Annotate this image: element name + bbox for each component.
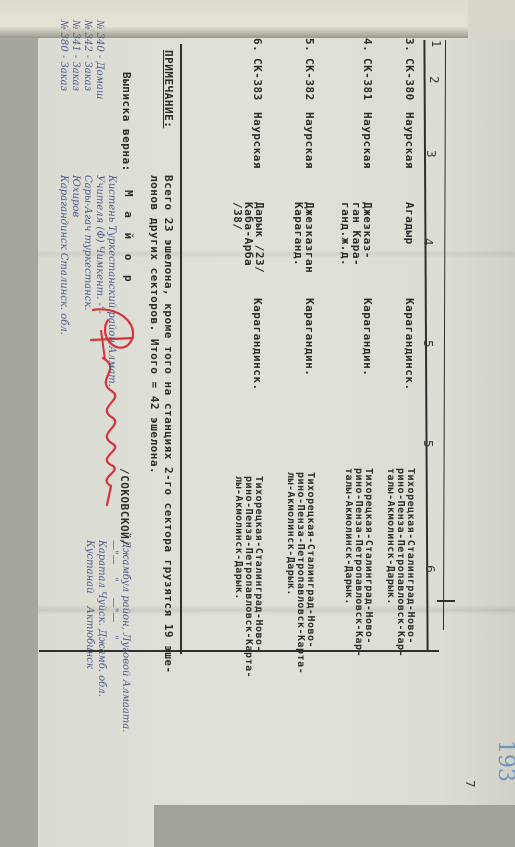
row-number: 6. [252, 38, 263, 52]
row-number: 4. [362, 38, 373, 52]
row-route: Тихорецкая-Сталинград-Ново- рино-Пенза-П… [233, 476, 263, 678]
row-number: 3. [404, 38, 415, 52]
row-number: 5. [304, 38, 315, 52]
note-text-line1: Всего 23 эшелона, кроме того на станциях… [162, 175, 175, 674]
table-header-rule [443, 40, 446, 630]
row-route: Тихорецкая-Сталинград-Ново- рино-Пенза-П… [343, 468, 373, 657]
row-railway: Карагандинск. [404, 298, 415, 391]
handwritten-notes-under-rank: Кистень Туркестанский район Алмат. Учите… [57, 175, 117, 387]
row-code: СК-381 [362, 58, 373, 101]
column-number-5b: 5 [421, 440, 435, 448]
row-code: СК-380 [404, 58, 415, 101]
row-code: СК-382 [304, 58, 315, 101]
certified-label: Выписка верна: [120, 72, 133, 172]
row-railway: Карагандин. [304, 298, 315, 376]
row-destination: Джезказ- ган Кара- ганд.ж.д. [340, 202, 373, 266]
handwritten-notes-after-signature: Джамбул район, Луговой Алмаата. —"— " —"… [83, 540, 131, 732]
row-destination: Агадыр [404, 202, 415, 245]
column-number-6: 6 [423, 565, 437, 573]
row-destination: Дарык /23/ Каба-Арба /38/ [232, 202, 265, 273]
row-railway: Карагандинск. [252, 298, 263, 391]
page-number-handwritten: 193 [499, 740, 511, 782]
column-number-5: 5 [421, 340, 435, 348]
row-station-from: Наурская [362, 112, 373, 169]
row-station-from: Наурская [404, 112, 415, 169]
column-divider [437, 600, 455, 602]
column-number-3: 3 [424, 150, 438, 158]
handwritten-margin-note: № 340 - Домаш № 342 - Заказ № 341 - Зака… [57, 20, 105, 99]
row-station-from: Наурская [304, 112, 315, 169]
row-route: Тихорецкая-Сталинград-Ново- рино-Пенза-П… [285, 472, 315, 674]
row-railway: Карагандин. [362, 298, 373, 376]
table-bottom-rule [180, 44, 182, 654]
column-number-7: 7 [463, 780, 477, 788]
row-code: СК-383 [252, 58, 263, 101]
rank-label: М а й о р [122, 190, 135, 286]
backdrop [0, 0, 38, 847]
column-number-1: 1 [429, 40, 443, 48]
rotated-document-page: 1 2 3 4 5 5 6 7 3. СК-380 Наурская Агады… [38, 0, 515, 847]
row-destination: Джезказган Караганд. [293, 202, 315, 273]
row-station-from: Наурская [252, 112, 263, 169]
note-label: ПРИМЕЧАНИЕ: [162, 50, 175, 128]
row-route: Тихорецкая-Сталинград-Ново- рино-Пенза-П… [385, 468, 415, 657]
column-number-2: 2 [427, 76, 441, 84]
column-number-4: 4 [421, 238, 435, 246]
